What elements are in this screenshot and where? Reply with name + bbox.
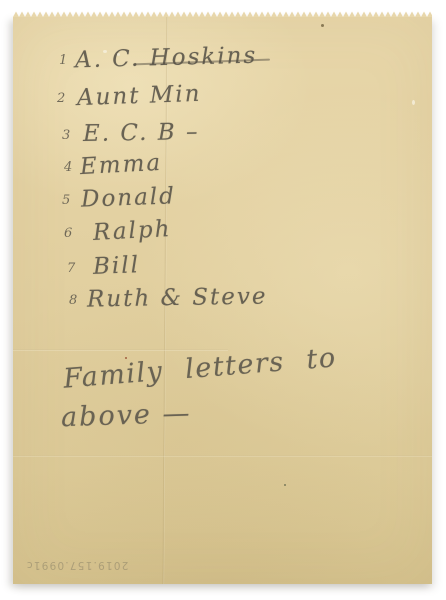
list-item-name: Aunt Min bbox=[77, 81, 202, 111]
list-item-number: 5 bbox=[62, 193, 70, 208]
paper-speck bbox=[103, 50, 107, 53]
list-item-number: 7 bbox=[67, 261, 75, 276]
list-row: 2 Aunt Min bbox=[57, 83, 202, 109]
list-item-name: E. C. B – bbox=[83, 119, 200, 147]
list-item-name: A. C. Hoskins bbox=[75, 43, 258, 74]
list-row: 8 Ruth & Steve bbox=[69, 285, 268, 311]
list-row: 4 Emma bbox=[64, 152, 162, 178]
paper-speck bbox=[321, 24, 324, 27]
list-row: 5 Donald bbox=[62, 185, 176, 211]
list-item-number: 1 bbox=[59, 53, 67, 68]
list-item-name: Emma bbox=[80, 150, 163, 180]
list-item-number: 3 bbox=[62, 128, 70, 143]
accession-number: 2019.157.0991c bbox=[17, 559, 137, 571]
scanned-note-backdrop: 1 A. C. Hoskins 2 Aunt Min 3 E. C. B – 4… bbox=[0, 0, 446, 600]
list-item-name: Bill bbox=[93, 252, 141, 280]
paper-sheet: 1 A. C. Hoskins 2 Aunt Min 3 E. C. B – 4… bbox=[13, 17, 432, 584]
perforated-edge bbox=[13, 11, 432, 17]
paper-speck bbox=[412, 100, 415, 105]
list-row: 6 Ralph bbox=[64, 218, 172, 244]
list-item-number: 4 bbox=[64, 160, 72, 175]
fold-crease-horizontal bbox=[13, 349, 228, 351]
list-item-number: 2 bbox=[57, 91, 65, 106]
fold-crease-horizontal bbox=[13, 455, 432, 457]
list-item-name: Ralph bbox=[93, 216, 173, 246]
paper-speck bbox=[117, 53, 120, 56]
list-row: 3 E. C. B – bbox=[62, 120, 200, 146]
list-row: 1 A. C. Hoskins bbox=[59, 45, 258, 71]
closing-note-line-2: above — bbox=[60, 398, 191, 434]
list-item-number: 8 bbox=[69, 293, 77, 308]
paper-speck bbox=[125, 357, 127, 359]
list-item-name: Donald bbox=[81, 183, 177, 212]
list-item-number: 6 bbox=[64, 226, 72, 241]
list-row: 7 Bill bbox=[67, 253, 140, 279]
list-item-name: Ruth & Steve bbox=[87, 283, 268, 312]
paper-speck bbox=[284, 484, 286, 486]
